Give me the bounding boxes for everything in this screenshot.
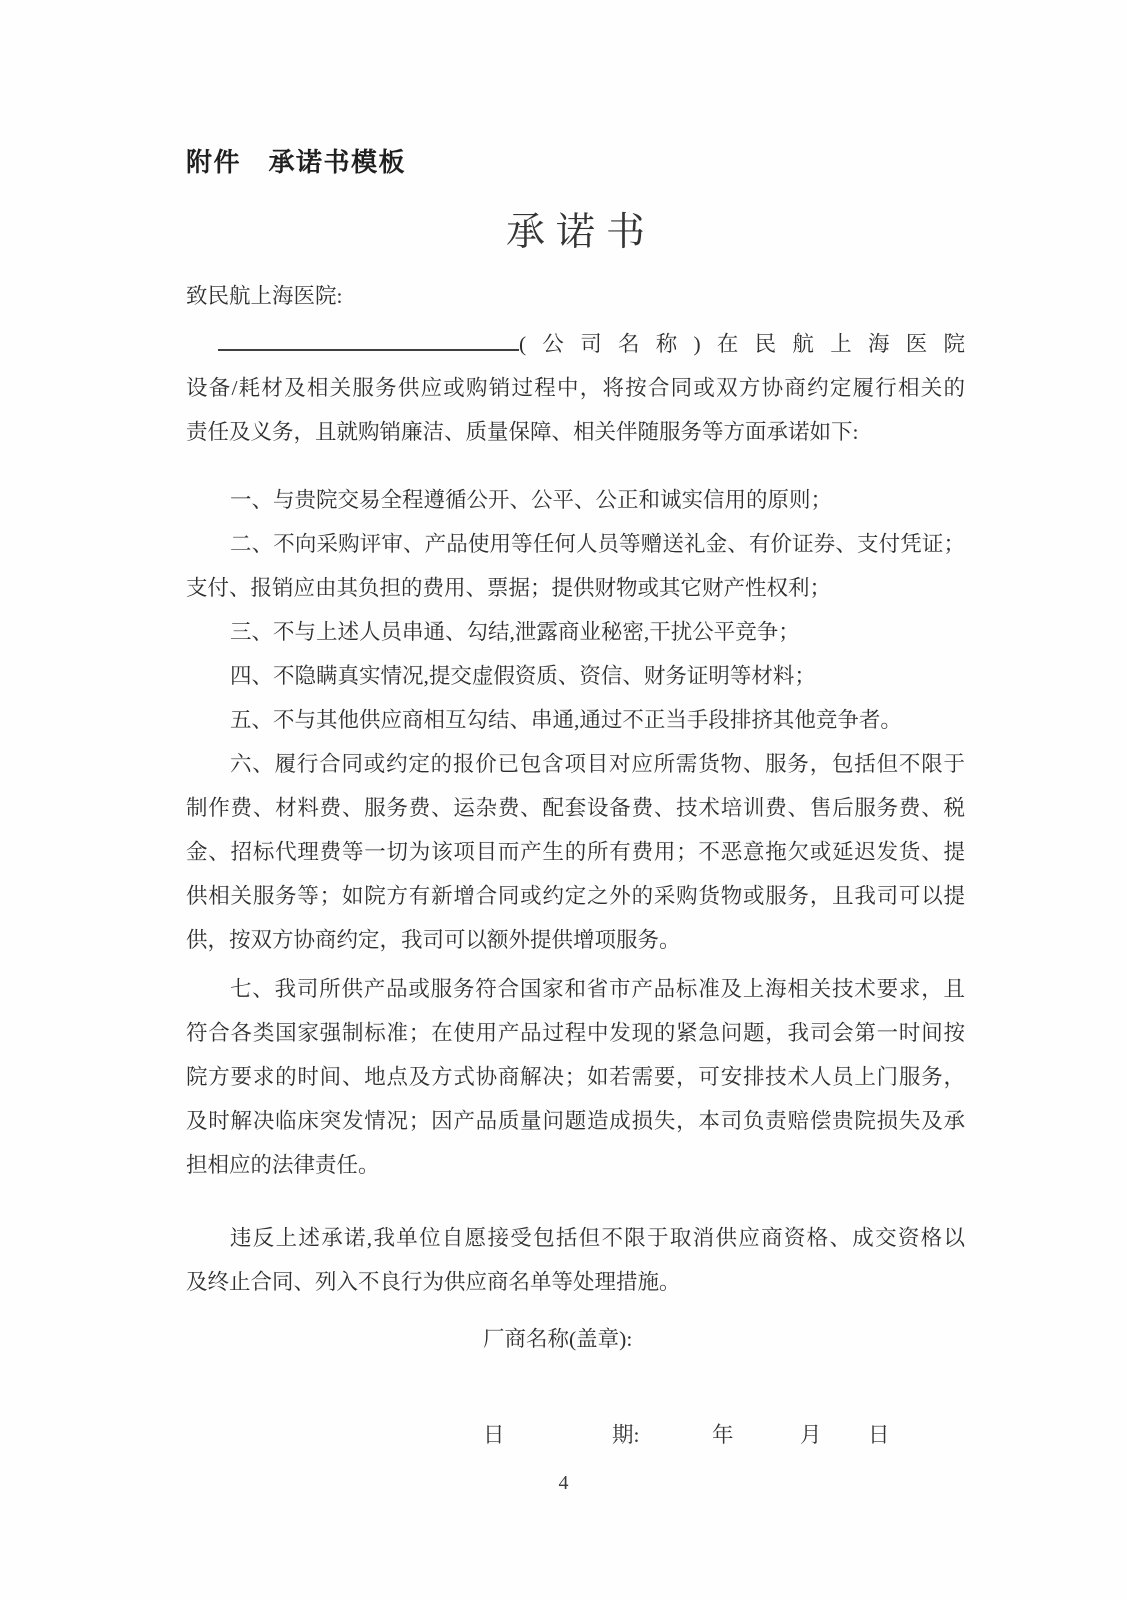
item-6-line-5: 供，按双方协商约定，我司可以额外提供增项服务。 [186,918,965,962]
signature-label: 厂商名称(盖章): [483,1322,632,1356]
item-6-line-3: 金、招标代理费等一切为该项目而产生的所有费用；不恶意拖欠或延迟发货、提 [186,830,965,874]
item-7-line-3: 院方要求的时间、地点及方式协商解决；如若需要，可安排技术人员上门服务， [186,1055,965,1099]
page-number: 4 [0,1472,1127,1495]
item-7-line-2: 符合各类国家强制标准；在使用产品过程中发现的紧急问题，我司会第一时间按 [186,1011,965,1055]
item-5-line-1: 五、不与其他供应商相互勾结、串通,通过不正当手段排挤其他竞争者。 [186,698,965,742]
date-line: 日 期: 年 月 日 [0,1418,1127,1452]
item-6-line-2: 制作费、材料费、服务费、运杂费、配套设备费、技术培训费、售后服务费、税 [186,786,965,830]
attachment-heading: 附件 承诺书模板 [186,142,406,179]
intro-line-1: 设备/耗材及相关服务供应或购销过程中，将按合同或双方协商约定履行相关的 [186,366,965,410]
item-7-line-4: 及时解决临床突发情况；因产品质量问题造成损失，本司负责赔偿贵院损失及承 [186,1099,965,1143]
closing-line-2: 及终止合同、列入不良行为供应商名单等处理措施。 [186,1260,965,1304]
item-1-line-1: 一、与贵院交易全程遵循公开、公平、公正和诚实信用的原则； [186,478,965,522]
date-label-day: 日 [868,1418,890,1452]
company-name-blank-underline [218,349,519,351]
company-name-line: (公司名称)在民航上海医院 [186,322,965,366]
date-label-year: 年 [712,1418,734,1452]
item-2-line-2: 支付、报销应由其负担的费用、票据；提供财物或其它财产性权利； [186,566,965,610]
item-2-line-1: 二、不向采购评审、产品使用等任何人员等赠送礼金、有价证券、支付凭证； [186,522,965,566]
document-body: 致民航上海医院: (公司名称)在民航上海医院 设备/耗材及相关服务供应或购销过程… [186,260,965,1304]
intro-line-2: 责任及义务，且就购销廉洁、质量保障、相关伴随服务等方面承诺如下: [186,410,965,454]
item-7-line-1: 七、我司所供产品或服务符合国家和省市产品标准及上海相关技术要求，且 [186,967,965,1011]
item-3-line-1: 三、不与上述人员串通、勾结,泄露商业秘密,干扰公平竞争； [186,610,965,654]
salutation-line: 致民航上海医院: [186,274,965,318]
date-label-month: 月 [800,1418,822,1452]
closing-line-1: 违反上述承诺,我单位自愿接受包括但不限于取消供应商资格、成交资格以 [186,1216,965,1260]
document-title: 承诺书 [186,201,965,257]
item-6-line-4: 供相关服务等；如院方有新增合同或约定之外的采购货物或服务，且我司可以提 [186,874,965,918]
date-label-qi-colon: 期: [612,1418,639,1452]
item-6-line-1: 六、履行合同或约定的报价已包含项目对应所需货物、服务，包括但不限于 [186,742,965,786]
date-label-ri: 日 [483,1418,505,1452]
scanned-document-page: 附件 承诺书模板 承诺书 致民航上海医院: (公司名称)在民航上海医院 设备/耗… [0,0,1127,1600]
company-name-line-text: (公司名称)在民航上海医院 [519,332,965,356]
item-7-line-5: 担相应的法律责任。 [186,1143,965,1187]
item-4-line-1: 四、不隐瞒真实情况,提交虚假资质、资信、财务证明等材料； [186,654,965,698]
